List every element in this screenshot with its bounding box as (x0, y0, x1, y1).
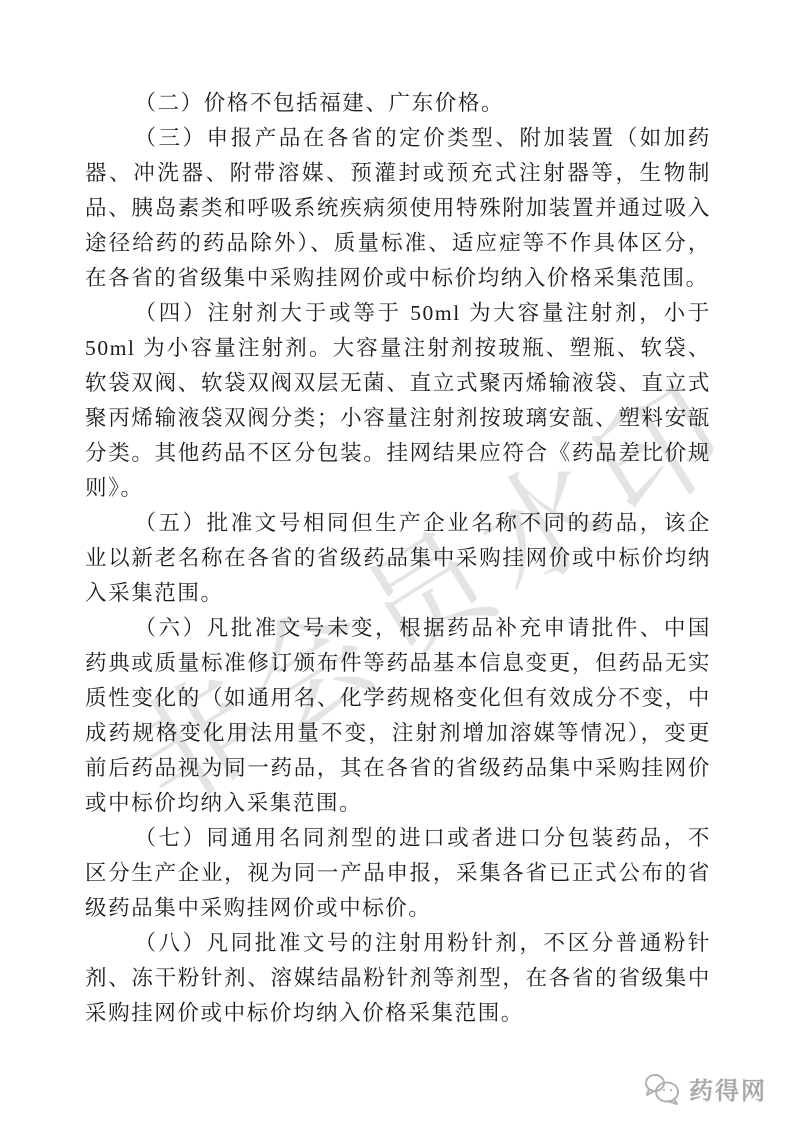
paragraph-4: （四）注射剂大于或等于 50ml 为大容量注射剂，小于 50ml 为小容量注射剂… (85, 296, 711, 506)
yaodew-brand-logo: 药得网 (641, 1070, 767, 1106)
paragraph-3: （三）申报产品在各省的定价类型、附加装置（如加药器、冲洗器、附带溶媒、预灌封或预… (85, 121, 711, 296)
paragraph-2: （二）价格不包括福建、广东价格。 (85, 86, 711, 121)
paragraph-6: （六）凡批准文号未变，根据药品补充申请批件、中国药典或质量标准修订颁布件等药品基… (85, 611, 711, 821)
paragraph-5: （五）批准文号相同但生产企业名称不同的药品，该企业以新老名称在各省的省级药品集中… (85, 506, 711, 611)
brand-name: 药得网 (689, 1071, 767, 1106)
megaphone-icon (641, 1070, 683, 1106)
paragraph-8: （八）凡同批准文号的注射用粉针剂，不区分普通粉针剂、冻干粉针剂、溶媒结晶粉针剂等… (85, 926, 711, 1031)
document-page: 非会员水印 （二）价格不包括福建、广东价格。 （三）申报产品在各省的定价类型、附… (0, 0, 793, 1122)
paragraph-7: （七）同通用名同剂型的进口或者进口分包装药品，不区分生产企业，视为同一产品申报，… (85, 821, 711, 926)
document-body: （二）价格不包括福建、广东价格。 （三）申报产品在各省的定价类型、附加装置（如加… (85, 86, 711, 1031)
